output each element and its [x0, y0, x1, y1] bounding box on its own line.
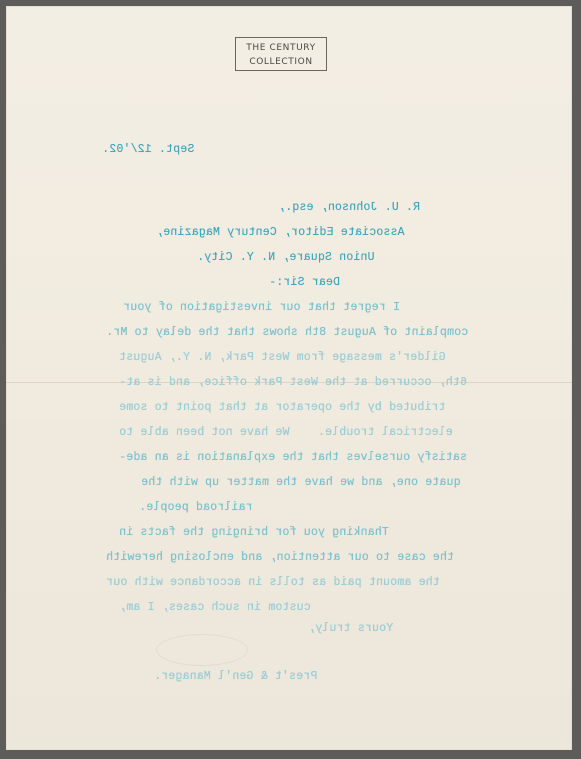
stamp-line-1: THE CENTURY [236, 41, 326, 55]
recipient-title: Associate Editor, Century Magazine, [156, 226, 405, 239]
body-line: custom in such cases, I am, [119, 601, 311, 614]
body-line: 6th, occurred at the West Park office, a… [119, 376, 467, 389]
body-line: railroad people. [139, 501, 253, 514]
body-line: complaint of August 8th shows that the d… [106, 326, 468, 339]
body-line: I regret that our investigation of your [123, 301, 400, 314]
body-line: satisfy ourselves that the explanation i… [119, 451, 467, 464]
body-line: Gilder's message from West Park, N. Y., … [119, 351, 446, 364]
signature-title: Pres't & Gen'l Manager. [154, 670, 317, 683]
body-line: the amount paid as tolls in accordance w… [106, 576, 440, 589]
collection-stamp: THE CENTURY COLLECTION [235, 37, 327, 71]
stamp-line-2: COLLECTION [236, 55, 326, 69]
recipient-name: R. U. Johnson, esq., [278, 201, 420, 214]
recipient-address: Union Square, N. Y. City. [197, 251, 375, 264]
bleed-through-letterhead [126, 94, 486, 114]
closing: Yours truly, [308, 622, 393, 635]
body-line: tributed by the operator at that point t… [119, 401, 446, 414]
body-line: electrical trouble. We have not been abl… [119, 426, 453, 439]
body-line: the case to our attention, and enclosing… [106, 551, 454, 564]
salutation: Dear Sir:- [269, 276, 340, 289]
body-line: quate one, and we have the matter up wit… [141, 476, 461, 489]
letter-date: Sept. 12/'02. [102, 143, 194, 156]
letter-page: THE CENTURY COLLECTION Sept. 12/'02. R. … [6, 6, 572, 750]
body-line: Thanking you for bringing the facts in [119, 526, 389, 539]
signature-trace [156, 634, 248, 666]
